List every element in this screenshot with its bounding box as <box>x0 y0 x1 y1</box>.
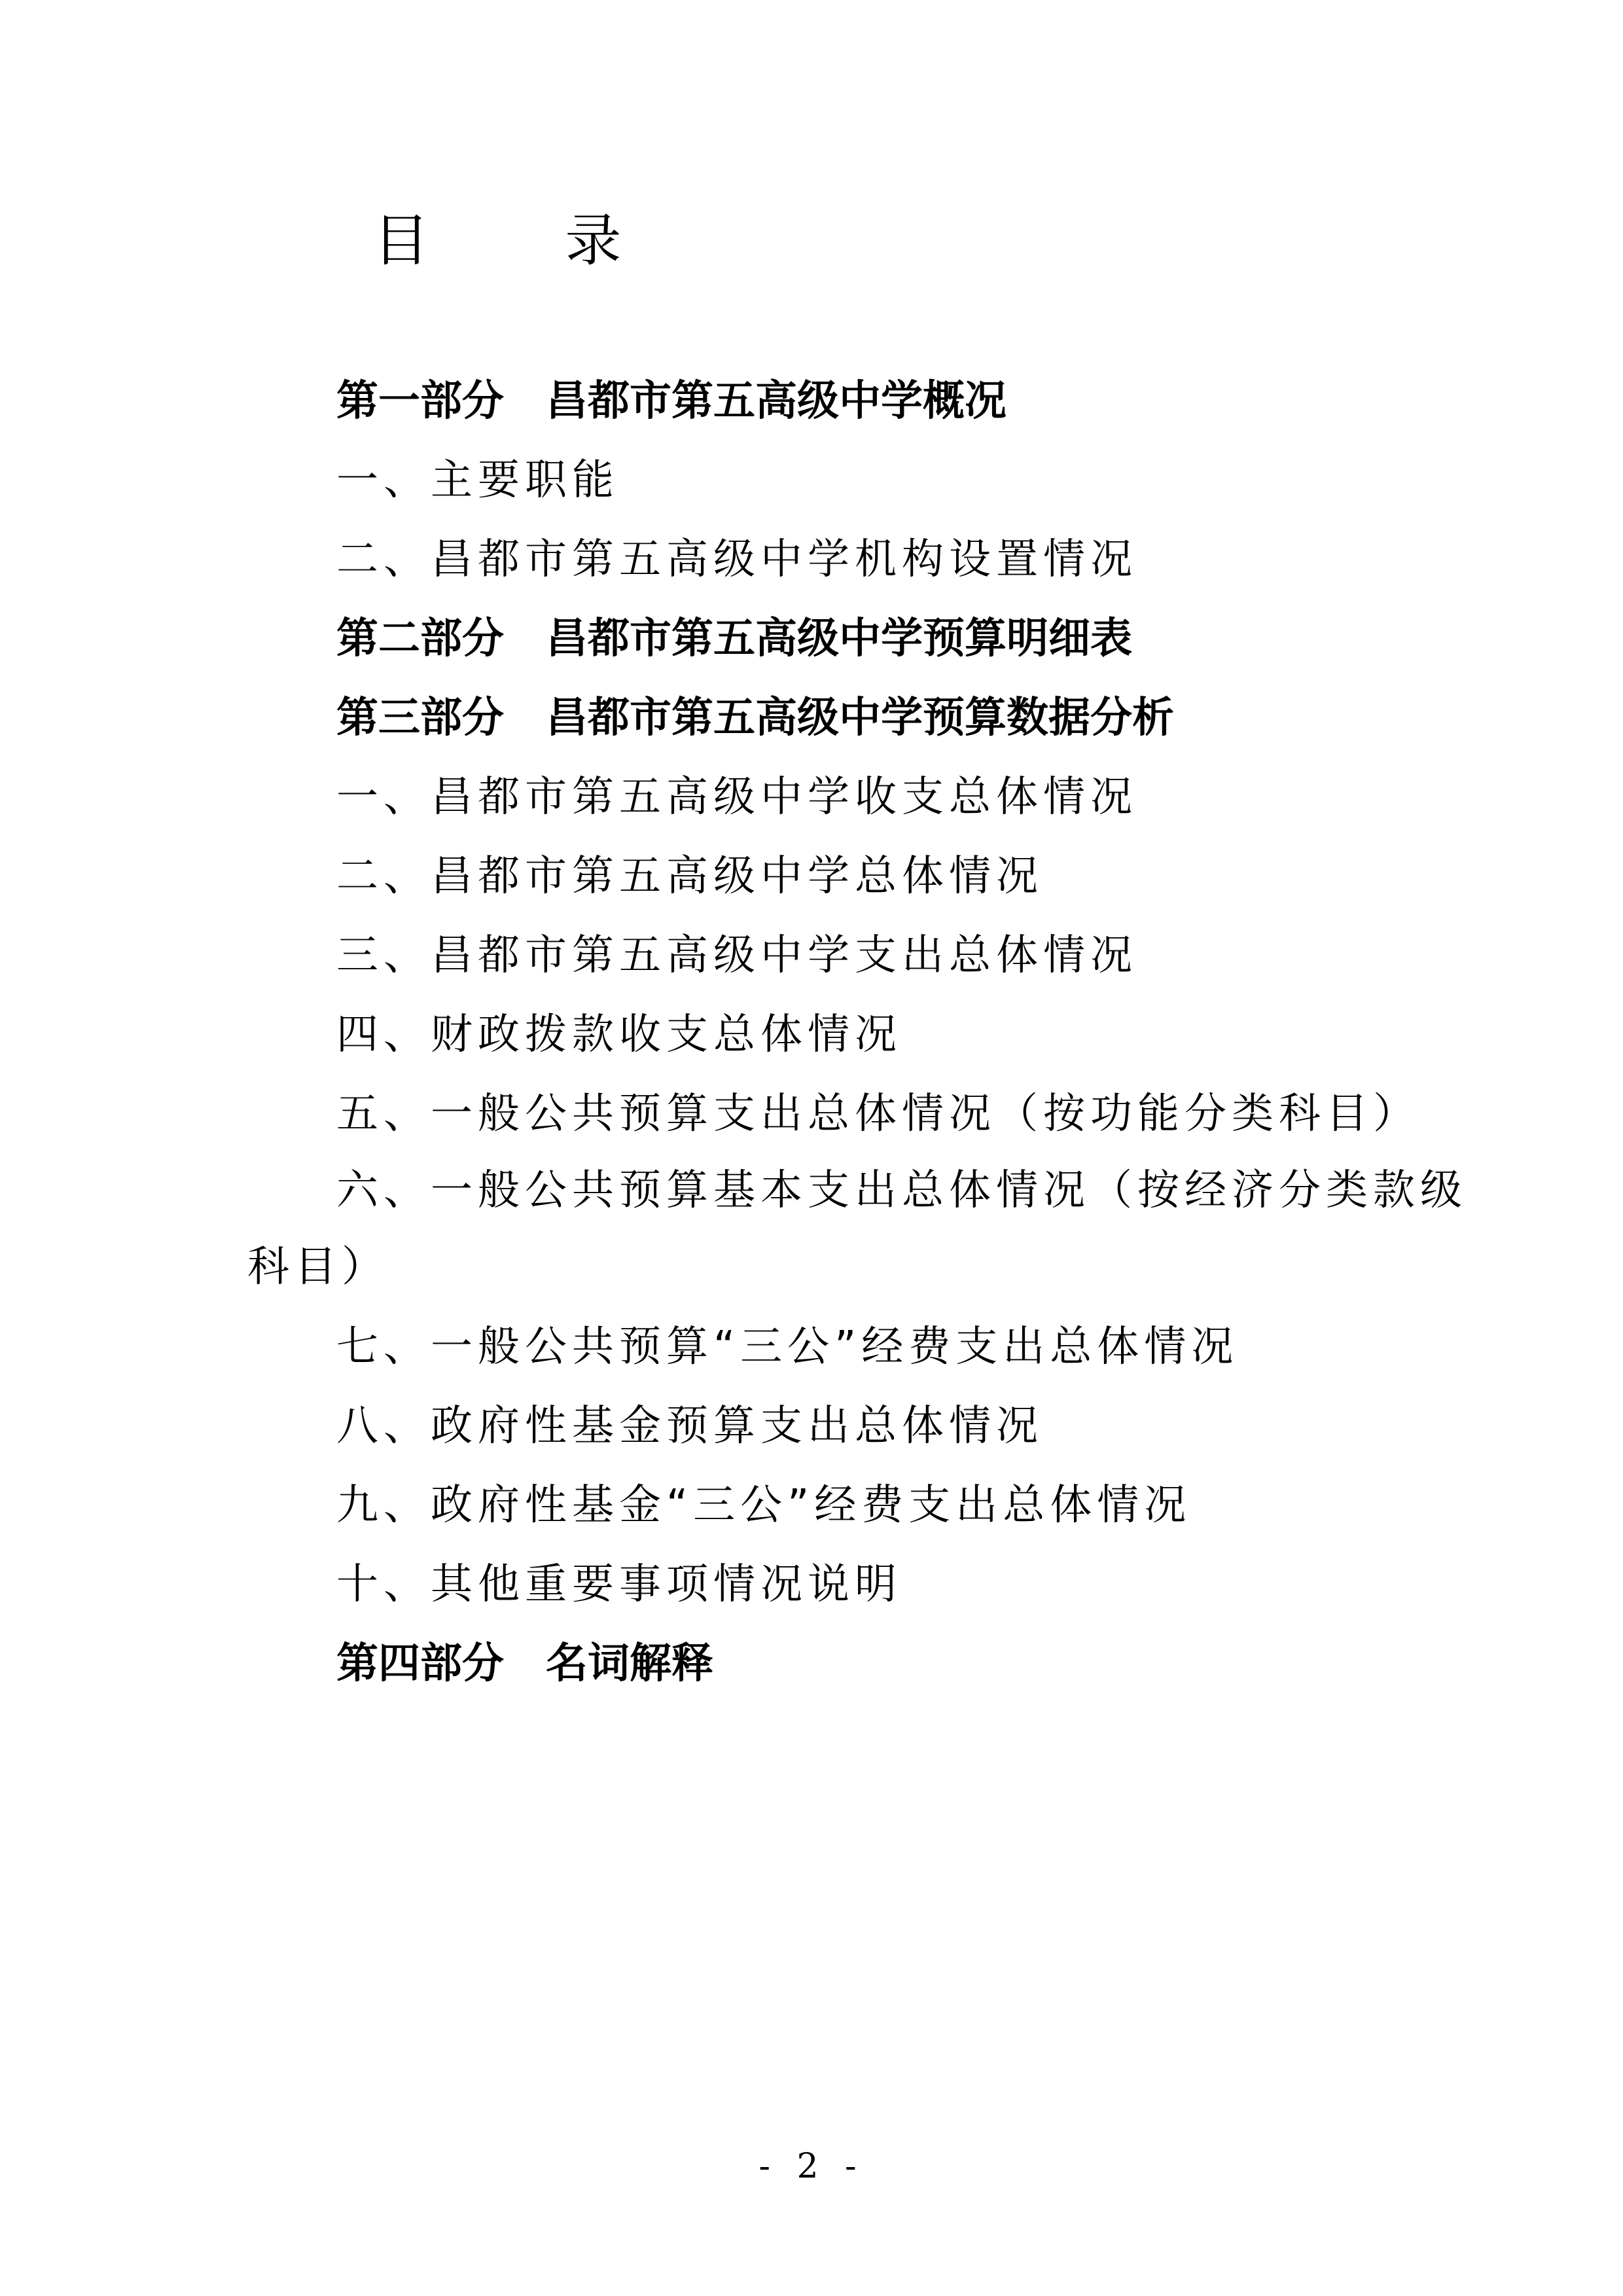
toc-part-text: 昌都市第五高级中学概况 <box>546 377 1007 425</box>
toc-item[interactable]: 七、一般公共预算“三公”经费支出总体情况 <box>336 1321 1238 1373</box>
toc-title: 目 录 <box>373 208 680 274</box>
toc-part-text: 昌都市第五高级中学预算明细表 <box>546 615 1132 663</box>
toc-item-continuation[interactable]: 科目） <box>247 1241 389 1293</box>
toc-item[interactable]: 一、昌都市第五高级中学收支总体情况 <box>336 771 1137 823</box>
toc-part-4[interactable]: 第四部分名词解释 <box>336 1638 713 1690</box>
toc-part-1[interactable]: 第一部分昌都市第五高级中学概况 <box>336 375 1007 427</box>
toc-part-label: 第二部分 <box>336 615 504 663</box>
toc-item[interactable]: 八、政府性基金预算支出总体情况 <box>336 1400 1043 1452</box>
toc-item[interactable]: 九、政府性基金“三公”经费支出总体情况 <box>336 1479 1191 1532</box>
document-page: 目 录 第一部分昌都市第五高级中学概况 一、主要职能 二、昌都市第五高级中学机构… <box>0 0 1623 2296</box>
toc-part-text: 名词解释 <box>546 1640 713 1688</box>
toc-part-label: 第一部分 <box>336 377 504 425</box>
toc-part-2[interactable]: 第二部分昌都市第五高级中学预算明细表 <box>336 613 1132 665</box>
toc-item[interactable]: 二、昌都市第五高级中学总体情况 <box>336 850 1043 903</box>
toc-part-3[interactable]: 第三部分昌都市第五高级中学预算数据分析 <box>336 692 1174 744</box>
toc-item[interactable]: 四、财政拨款收支总体情况 <box>336 1009 902 1061</box>
toc-item[interactable]: 五、一般公共预算支出总体情况（按功能分类科目） <box>336 1088 1420 1140</box>
toc-item[interactable]: 三、昌都市第五高级中学支出总体情况 <box>336 929 1137 982</box>
toc-item[interactable]: 六、一般公共预算基本支出总体情况（按经济分类款级 <box>336 1164 1467 1217</box>
page-number: - 2 - <box>0 2147 1623 2186</box>
toc-part-label: 第三部分 <box>336 694 504 742</box>
toc-part-label: 第四部分 <box>336 1640 504 1688</box>
toc-item[interactable]: 二、昌都市第五高级中学机构设置情况 <box>336 533 1137 586</box>
toc-item[interactable]: 一、主要职能 <box>336 454 619 507</box>
toc-part-text: 昌都市第五高级中学预算数据分析 <box>546 694 1174 742</box>
toc-item[interactable]: 十、其他重要事项情况说明 <box>336 1558 902 1611</box>
